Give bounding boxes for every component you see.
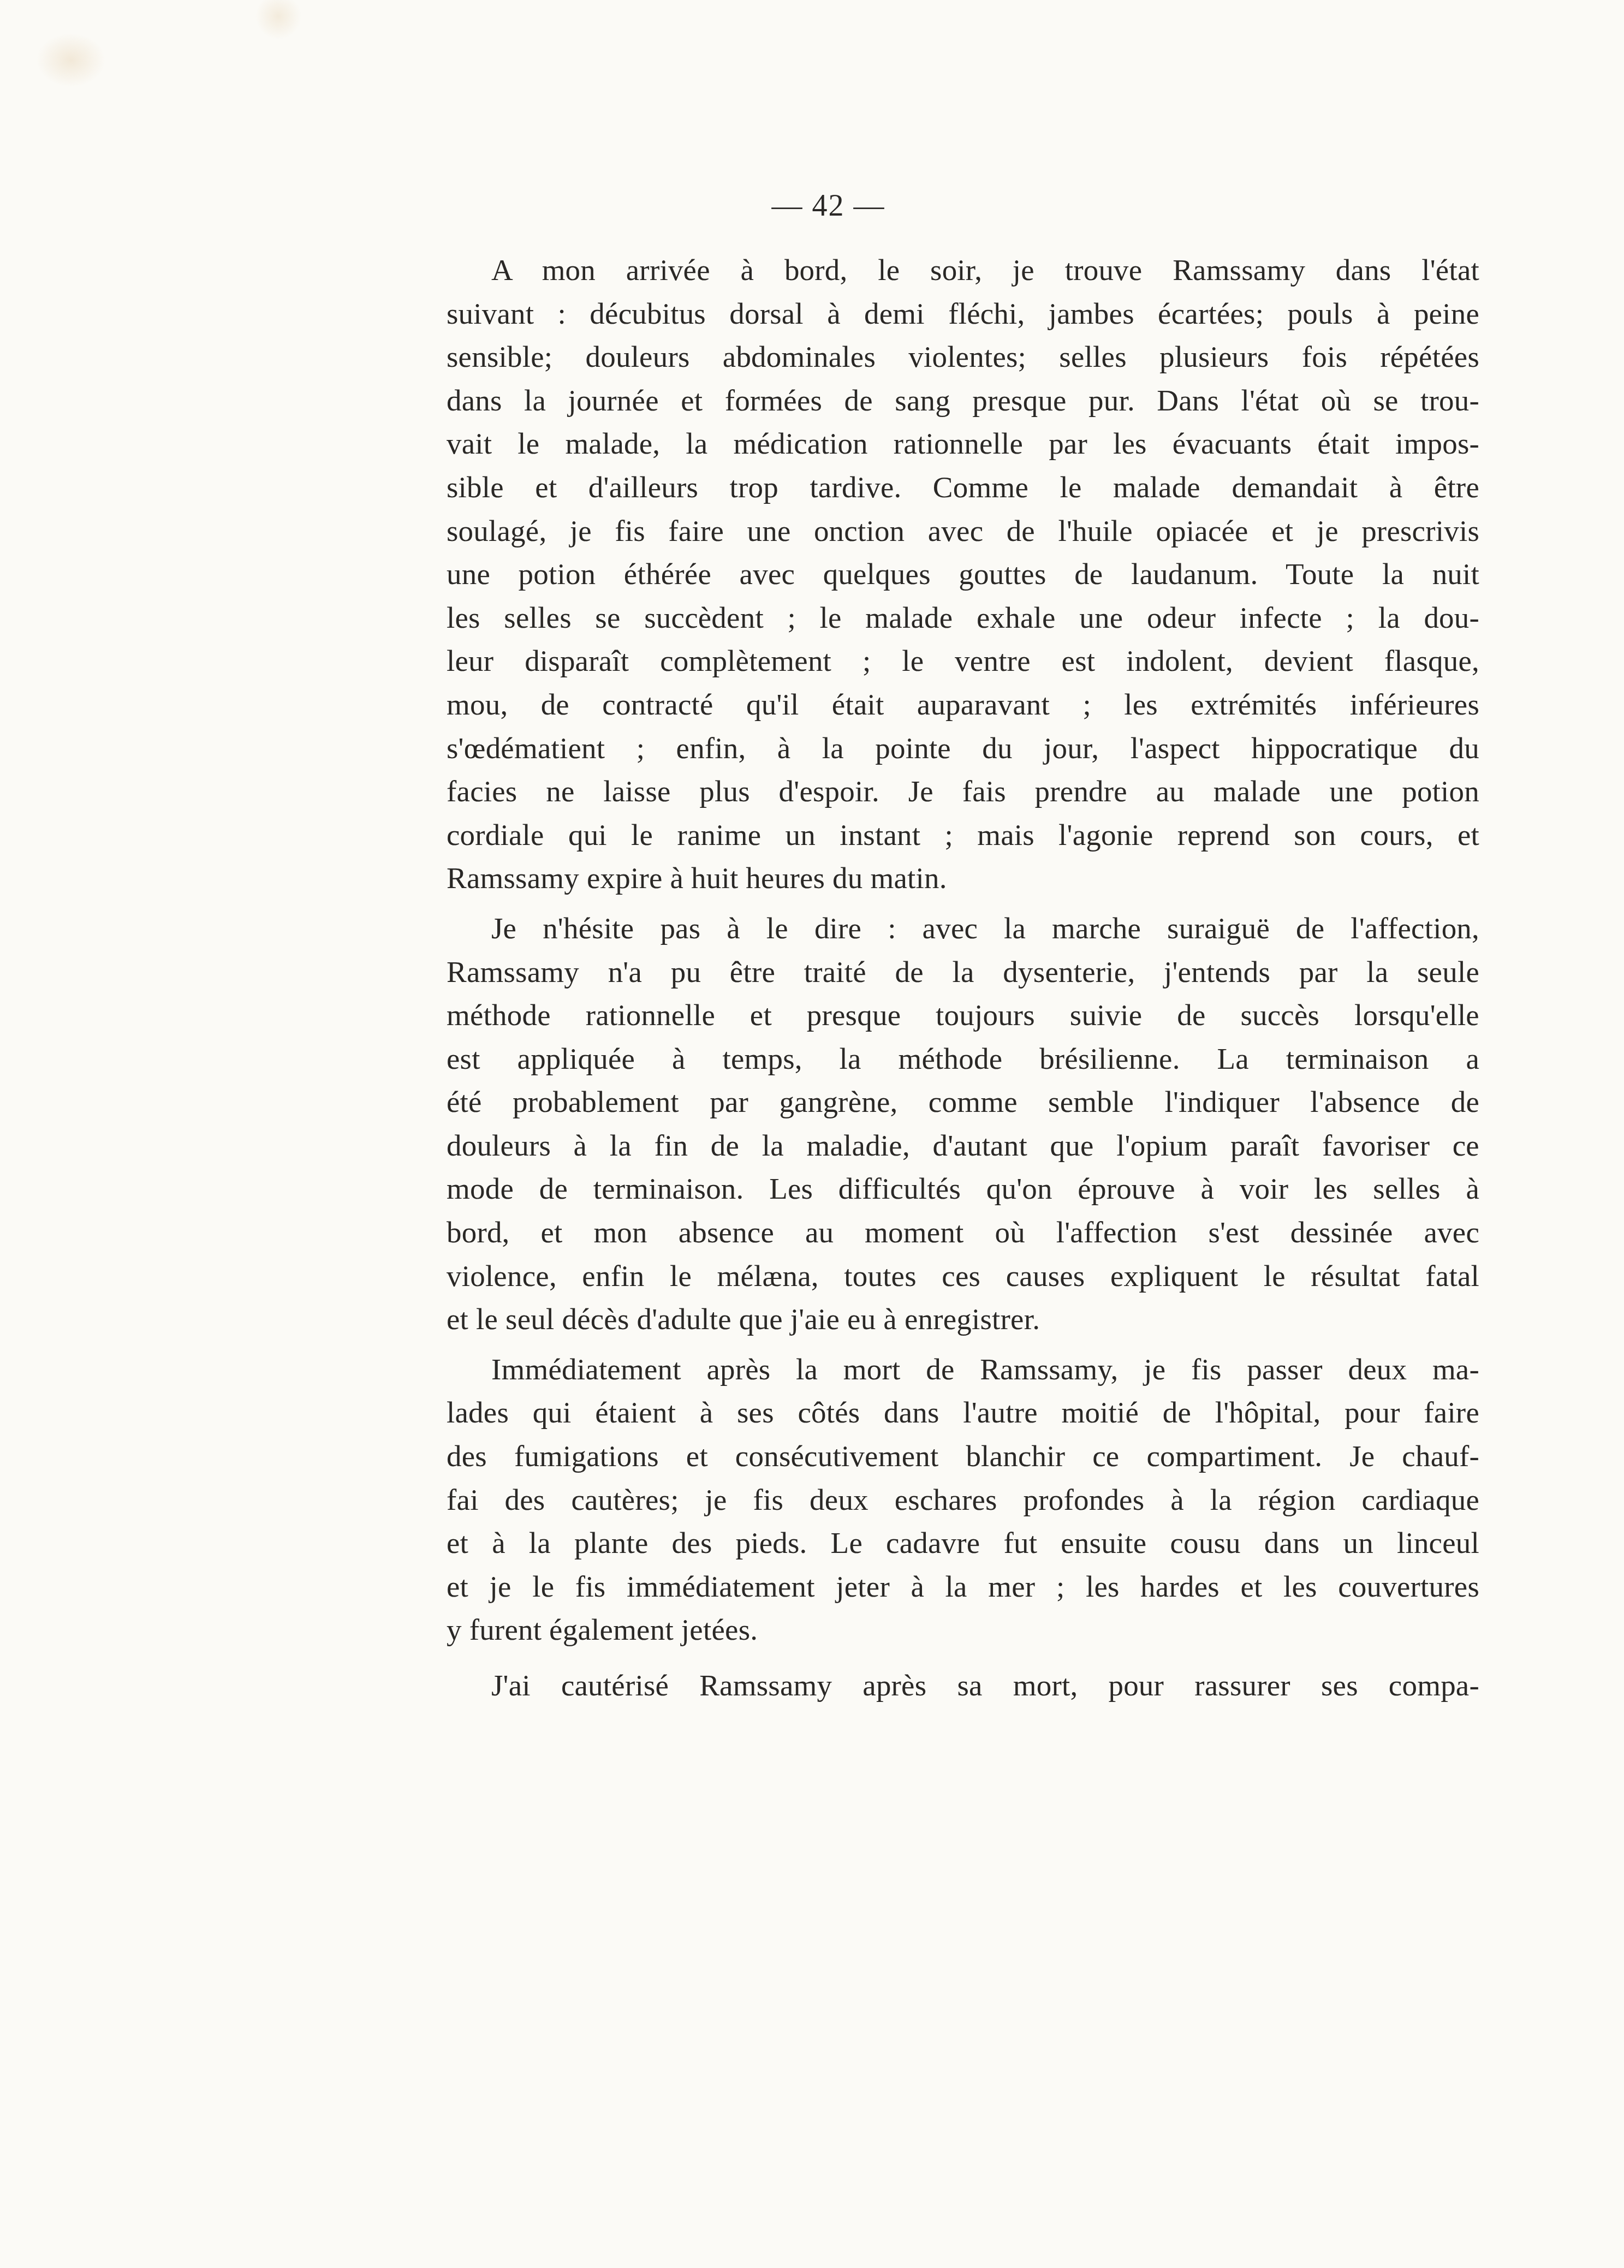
text-line: violence, enfin le mélæna, toutes ces ca… (447, 1254, 1479, 1298)
text-line: Je n'hésite pas à le dire : avec la marc… (447, 907, 1479, 950)
text-line: des fumigations et consécutivement blanc… (447, 1434, 1479, 1478)
page-number: — 42 — (0, 188, 1624, 223)
text-line: et à la plante des pieds. Le cadavre fut… (447, 1521, 1479, 1565)
body-text: A mon arrivée à bord, le soir, je trouve… (447, 248, 1479, 1707)
text-line: Immédiatement après la mort de Ramssamy,… (447, 1348, 1479, 1391)
text-line: cordiale qui le ranime un instant ; mais… (447, 813, 1479, 857)
text-line: y furent également jetées. (447, 1608, 1479, 1652)
text-line: mode de terminaison. Les difficultés qu'… (447, 1167, 1479, 1211)
text-line: douleurs à la fin de la maladie, d'autan… (447, 1124, 1479, 1168)
text-line: Ramssamy n'a pu être traité de la dysent… (447, 950, 1479, 994)
paragraph-gap (447, 1652, 1479, 1664)
text-line: méthode rationnelle et presque toujours … (447, 993, 1479, 1037)
text-line: soulagé, je fis faire une onction avec d… (447, 509, 1479, 553)
text-line: facies ne laisse plus d'espoir. Je fais … (447, 770, 1479, 813)
text-line: les selles se succèdent ; le malade exha… (447, 596, 1479, 640)
text-line: dans la journée et formées de sang presq… (447, 379, 1479, 422)
paragraph-gap (447, 1341, 1479, 1348)
text-line: une potion éthérée avec quelques gouttes… (447, 552, 1479, 596)
text-line: vait le malade, la médication rationnell… (447, 422, 1479, 466)
text-line: leur disparaît complètement ; le ventre … (447, 639, 1479, 683)
text-line: Ramssamy expire à huit heures du matin. (447, 856, 1479, 900)
text-line: été probablement par gangrène, comme sem… (447, 1080, 1479, 1124)
text-line: J'ai cautérisé Ramssamy après sa mort, p… (447, 1664, 1479, 1707)
text-line: et le seul décès d'adulte que j'aie eu à… (447, 1297, 1479, 1341)
text-line: mou, de contracté qu'il était auparavant… (447, 683, 1479, 727)
scanned-page: — 42 — A mon arrivée à bord, le soir, je… (0, 0, 1624, 2268)
text-line: lades qui étaient à ses côtés dans l'aut… (447, 1391, 1479, 1434)
paragraph-gap (447, 900, 1479, 907)
text-line: A mon arrivée à bord, le soir, je trouve… (447, 248, 1479, 292)
text-line: sensible; douleurs abdominales violentes… (447, 335, 1479, 379)
text-line: bord, et mon absence au moment où l'affe… (447, 1211, 1479, 1254)
paragraph-1: A mon arrivée à bord, le soir, je trouve… (447, 248, 1479, 900)
paragraph-3: Immédiatement après la mort de Ramssamy,… (447, 1348, 1479, 1652)
text-line: sible et d'ailleurs trop tardive. Comme … (447, 466, 1479, 509)
paragraph-4: J'ai cautérisé Ramssamy après sa mort, p… (447, 1664, 1479, 1707)
paragraph-2: Je n'hésite pas à le dire : avec la marc… (447, 907, 1479, 1341)
text-line: s'œdématient ; enfin, à la pointe du jou… (447, 727, 1479, 770)
text-line: est appliquée à temps, la méthode brésil… (447, 1037, 1479, 1081)
text-line: fai des cautères; je fis deux eschares p… (447, 1478, 1479, 1522)
text-line: suivant : décubitus dorsal à demi fléchi… (447, 292, 1479, 336)
text-line: et je le fis immédiatement jeter à la me… (447, 1565, 1479, 1609)
